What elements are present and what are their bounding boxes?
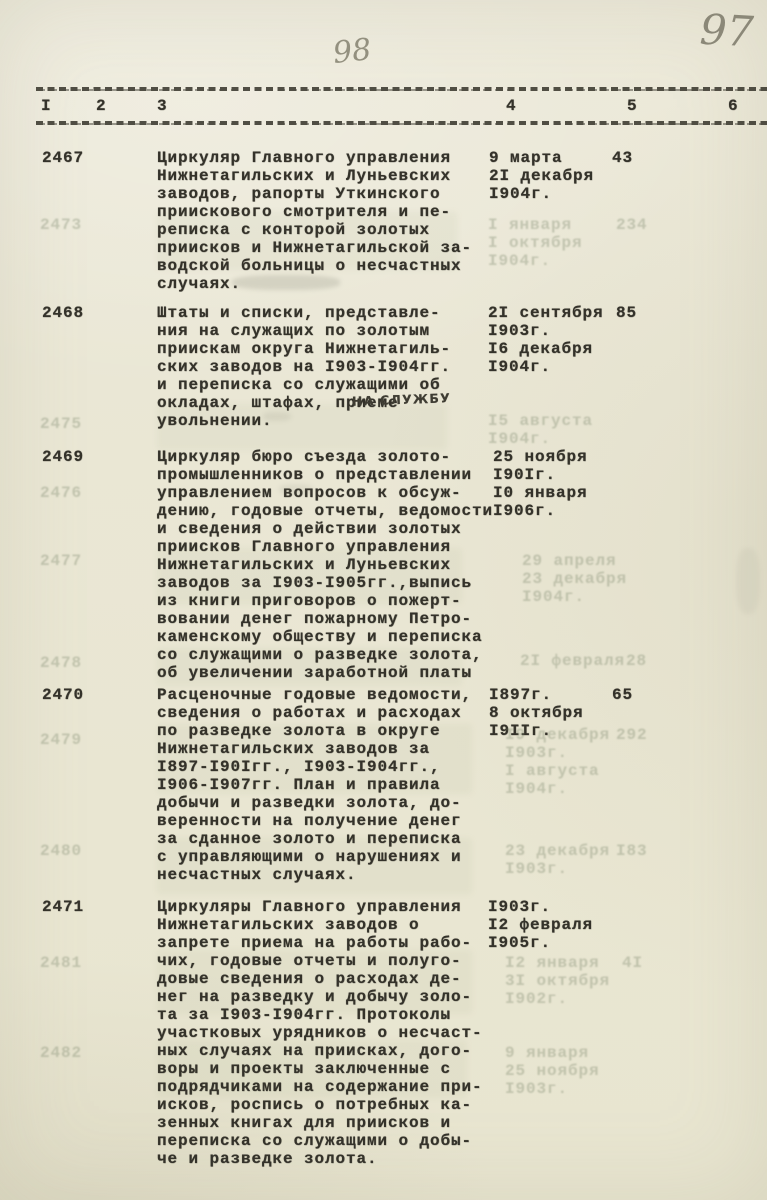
ghost-text: 4I: [622, 954, 643, 972]
entry-number: 2470: [42, 686, 84, 704]
ghost-text: I5 августа I904г.: [488, 412, 593, 448]
ghost-text: 292: [616, 726, 648, 744]
entry-number: 2471: [42, 898, 84, 916]
column-number-2: 2: [96, 97, 107, 115]
entry-description: Циркуляр бюро съезда золото- промышленни…: [157, 448, 502, 682]
erasure-smudge: [279, 484, 313, 495]
entry-description: Расценочные годовые ведомости, сведения …: [157, 686, 502, 884]
entry-count: 65: [612, 686, 633, 704]
column-header-row: I 2 3 4 5 6: [0, 97, 767, 117]
ghost-text: 2475: [40, 415, 82, 433]
ghost-text: 28: [626, 652, 647, 670]
entry-description: Циркуляры Главного управления Нижнетагил…: [157, 898, 502, 1168]
page-number-pencil-corner: 97: [699, 5, 755, 57]
ghost-text: 2478: [40, 654, 82, 672]
ghost-text: I января I октября I904г.: [488, 216, 583, 270]
entry-dates: I903г. I2 февраля I905г.: [488, 898, 593, 952]
entry-dates: 25 ноября I90Iг. I0 января I906г.: [493, 448, 588, 520]
ghost-text: 234: [616, 216, 648, 234]
entry-number: 2467: [42, 149, 84, 167]
column-number-6: 6: [728, 97, 739, 115]
entry-dates: 9 марта 2I декабря I904г.: [489, 149, 594, 203]
ghost-text: 2476: [40, 484, 82, 502]
entry-number: 2469: [42, 448, 84, 466]
entry-number: 2468: [42, 304, 84, 322]
entry-count: 85: [616, 304, 637, 322]
scanned-document-page: 98 97 I 2 3 4 5 6 2467 Циркуляр Главного…: [0, 0, 767, 1200]
ghost-text: 2477: [40, 552, 82, 570]
ghost-text: 2482: [40, 1044, 82, 1062]
entry-description: Циркуляр Главного управления Нижнетагиль…: [157, 149, 502, 293]
erasure-smudge: [263, 412, 291, 421]
ghost-text: I2 января 3I октября I902г.: [505, 954, 610, 1008]
header-rule-bottom: [36, 121, 767, 125]
ghost-text: 2480: [40, 842, 82, 860]
column-number-1: I: [41, 97, 52, 115]
erasure-smudge: [232, 275, 340, 290]
ghost-text: I83: [616, 842, 648, 860]
ghost-text: 23 декабря I903г.: [505, 842, 610, 878]
column-number-3: 3: [157, 97, 168, 115]
paper-stain: [736, 548, 760, 614]
column-number-4: 4: [506, 97, 517, 115]
ghost-text: 9 января 25 ноября I903г.: [505, 1044, 600, 1098]
ghost-text: 2479: [40, 731, 82, 749]
entry-dates: 2I сентября I903г. I6 декабря I904г.: [488, 304, 604, 376]
ghost-text: 29 апреля 23 декабря I904г.: [522, 552, 627, 606]
ghost-text: 2I февраля: [520, 652, 625, 670]
ghost-text: 2473: [40, 216, 82, 234]
column-number-5: 5: [627, 97, 638, 115]
ghost-text: 2481: [40, 954, 82, 972]
entry-count: 43: [612, 149, 633, 167]
entry-description: Штаты и списки, представле- ния на служа…: [157, 304, 502, 430]
page-number-pencil-center: 98: [331, 32, 373, 71]
header-rule-top: [36, 87, 767, 91]
entry-dates: I897г. 8 октября I9IIг.: [489, 686, 584, 740]
